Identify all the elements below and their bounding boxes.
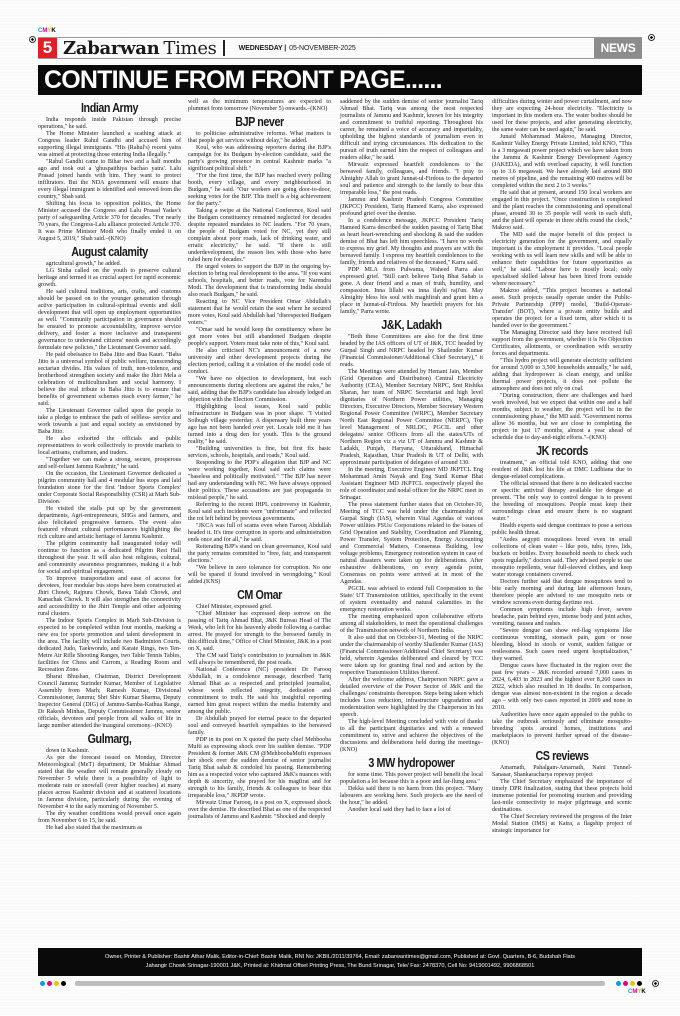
paper-title: Zabarwan Times [57,38,223,58]
paragraph: Amarnath, Pahalgam-Amarnath, Naini Tunne… [492,765,632,779]
paragraph: LG Sinha called on the youth to preserve… [38,268,181,289]
paragraph: "Rahul Gandhi came to Bihar two and a ha… [38,159,181,201]
paragraph: In the meeting, Executive Engineer MD JK… [340,467,483,502]
paragraph: National Conference (NC) president Dr Fa… [188,667,331,716]
cmyk-k: K [51,28,55,34]
paragraph: treatment," an official told KNO, adding… [492,460,632,481]
column-2: well as the minimum temperatures are exp… [188,99,331,821]
paragraph: Jammu and Kashmir Pradesh Congress Commi… [340,197,483,218]
dateline-day: WEDNESDAY | [239,45,287,52]
paragraph: "We believe in zero tolerance for corrup… [188,565,331,586]
column-4: difficulties during winter and power cur… [492,99,632,835]
paragraph: The dry weather conditions would prevail… [38,811,181,825]
paragraph: Authorities have once again appealed to … [492,712,632,747]
page-number: 5 [38,38,57,58]
paragraph: Junaid Mohammad Makroo, Managing Directo… [492,134,632,190]
paragraph: PDP in its post on X quoted the party ch… [188,737,331,800]
paragraph: The pilgrim community hall inaugurated t… [38,541,181,576]
paragraph: Dengue cases have fluctuated in the regi… [492,663,632,712]
masthead: 5 Zabarwan Times WEDNESDAY | 05-NOVEMBER… [38,37,642,59]
headline-gulmarg: Gulmarg, [48,731,171,747]
paragraph: Makroo added, "This project becomes a na… [492,288,632,330]
paragraph: "JKCA was full of scams even when Farooq… [188,523,331,544]
paragraph: He also criticised NC's announcement of … [188,348,331,376]
paragraph: The Home Minister launched a scathing at… [38,131,181,159]
paragraph: He visited the stalls put up by the gove… [38,506,181,541]
paragraph: Doctors further said that dengue mosquit… [492,579,632,607]
paragraph: difficulties during winter and power cur… [492,99,632,134]
registration-mark-icon [648,34,655,41]
paragraph: Health experts said dengue continues to … [492,523,632,537]
paragraph: India responds inside Pakistan through p… [38,117,181,131]
paragraph: He said that at present, around 150 loca… [492,190,632,232]
paragraph: He also exhorted the officials and publi… [38,436,181,457]
headline-cs-reviews: CS reviews [502,748,622,764]
paragraph: PDP MLA from Pulwama, Waheed Parra also … [340,267,483,316]
paragraph: He said cultural traditions, arts, craft… [38,289,181,352]
imprint-line-1: Owner, Printer & Publisher: Bashir Athar… [38,953,642,962]
dateline: WEDNESDAY | 05-NOVEMBER-2025 [225,38,594,58]
paragraph: The Lieutenant Governor called upon the … [38,408,181,436]
paragraph: "Together we can make a strong, secure, … [38,457,181,471]
paragraph: Shifting his focus to opposition politic… [38,201,181,243]
imprint-line-2: Jahangir Chowk Srinagar-190001 J&K, Prin… [38,962,642,971]
paragraph: The Chief Secretary emphasized the impor… [492,779,632,814]
dateline-date: 05-NOVEMBER-2025 [289,45,355,52]
paragraph: The Meetings were attended by Hemant Jai… [340,369,483,467]
headline-hydropower: 3 MW hydropower [350,755,473,771]
paragraph: It also said that on October-31, Meeting… [340,635,483,677]
paper-title-bold: Zabarwan [63,38,159,59]
yellow-dot [54,981,59,986]
color-bar-left [40,981,66,986]
paragraph: He urged voters to support the BJP in th… [188,264,331,299]
paragraph: "Building universities is fine, but firs… [188,446,331,460]
paragraph: The high-level Meeting concluded with vo… [340,719,483,754]
paragraph: As per the forecast issued on Monday, Di… [38,755,181,811]
cyan-dot [40,981,45,986]
paragraph: The Managing Director said they have rec… [492,330,632,358]
paragraph: Common symptoms include high fever, seve… [492,607,632,628]
paragraph: down in Kashmir. [38,748,181,755]
paragraph: He had also stated that the maximum as [38,825,181,832]
yellow-dot [630,981,635,986]
column-3: saddened by the sudden demise of senior … [340,99,483,814]
paragraph: Dr Abdullah prayed for eternal peace to … [188,716,331,737]
paragraph: Chief Minister, expressed grief. [188,604,331,611]
cyan-dot [616,981,621,986]
grey-strip [75,981,605,986]
paragraph: for some time. This power project will b… [340,772,483,786]
paragraph: The Chief Secretary reviewed the progres… [492,814,632,835]
paragraph: On the occasion, the Lieutenant Governor… [38,471,181,506]
headline-indian-army: Indian Army [48,100,171,116]
section-tab-news: NEWS [594,38,642,58]
paragraph: "Both these Committees are also for the … [340,334,483,369]
paragraph: saddened by the sudden demise of senior … [340,99,483,162]
paragraph: "Chief Minister has expressed deep sorro… [188,611,331,653]
headline-cm-omar: CM Omar [198,587,321,603]
cmyk-k: K [641,989,645,995]
paragraph: "We have no objection to development, bu… [188,376,331,404]
paragraph: PGCIL was advised to extend full Coopera… [340,586,483,614]
registration-mark-icon [652,980,659,987]
registration-mark-icon [29,36,36,43]
paragraph: Referring to the recent IHPL controversy… [188,502,331,523]
paper-title-light: Times [163,38,216,59]
paragraph: Responding to the PDP's allegation that … [188,460,331,502]
paragraph: "Omar said he would keep the constituenc… [188,327,331,348]
paragraph: The CM said Tariq's contribution to jour… [188,653,331,667]
paragraph: The meeting emphasized upon collaborativ… [340,614,483,635]
paragraph: Dekka said there is no harm from this pr… [340,786,483,807]
paragraph: "For the first time, the BJP has reached… [188,173,331,208]
headline-bjp-never: BJP never [198,114,321,130]
black-dot [61,981,66,986]
paragraph: After the welcome address, Chairperson N… [340,677,483,719]
paragraph: To improve transportation and ease of ac… [38,576,181,618]
cmyk-marker-top: CMYK [38,28,56,34]
paragraph: "Aedes aegypti mosquitoes breed even in … [492,537,632,579]
paragraph: The press statement further states that … [340,502,483,586]
column-1: Indian Army India responds inside Pakist… [38,99,181,832]
paragraph: Another local said they had to face a lo… [340,807,483,814]
paragraph: Reiterating BJP's stand on clean governa… [188,544,331,565]
headline-jk-records: JK records [502,443,622,459]
magenta-dot [47,981,52,986]
paragraph: well as the minimum temperatures are exp… [188,99,331,113]
headline-august-calamity: August calamity [48,244,171,260]
paragraph: Mirwaiz expressed heartfelt condolences … [340,162,483,197]
paragraph: Highlighting local issues, Koul said pub… [188,404,331,446]
paragraph: "During construction, there are challeng… [492,393,632,442]
black-dot [637,981,642,986]
paragraph: In a condolence message, JKPCC President… [340,218,483,267]
paragraph: to politicise administrative reforms. Wh… [188,131,331,145]
magenta-dot [623,981,628,986]
paragraph: "This hydro project will generate electr… [492,358,632,393]
imprint-footer: Owner, Printer & Publisher: Bashir Athar… [38,948,642,976]
paragraph: The official stressed that there is no d… [492,481,632,523]
paragraph: The Indoor Sports Complex in Marh Sub-Di… [38,618,181,674]
color-bar-right [616,981,642,986]
paragraph: Mirwaiz Umar Farooq, in a post on X, exp… [188,800,331,821]
paragraph: He paid obeisance to Baba Jitto and Bua … [38,352,181,408]
paragraph: Taking a swipe at the National Conferenc… [188,208,331,264]
paragraph: Bharat Bhushan, Chairman, District Devel… [38,674,181,730]
headline-jk-ladakh: J&K, Ladakh [350,317,473,333]
paragraph: "Severe dengue can show red-flag symptom… [492,628,632,663]
paragraph: agricultural growth," he added. [38,261,181,268]
cmyk-marker-bottom: CMYK [628,989,646,995]
paragraph: Koul, who was addressing reporters durin… [188,145,331,173]
page-banner: CONTINUE FROM FRONT PAGE...... [38,65,642,95]
paragraph: The MD said the major benefit of this pr… [492,232,632,288]
paragraph: Reacting to NC Vice President Omar Abdul… [188,299,331,327]
